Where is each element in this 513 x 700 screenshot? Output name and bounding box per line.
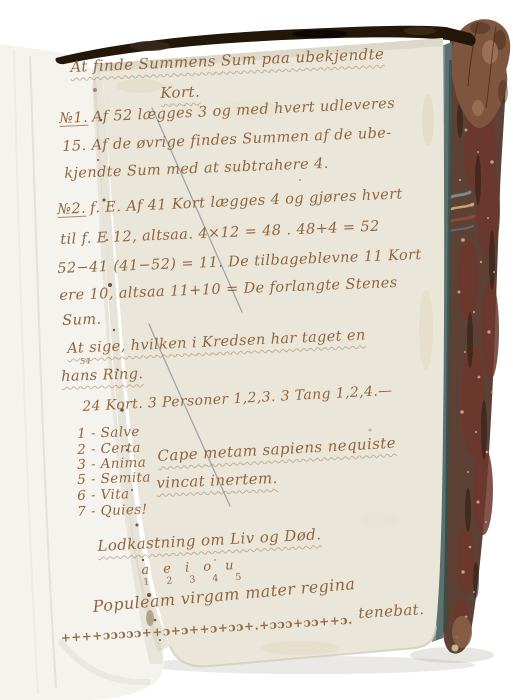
word-list-item-5: 6 - Vita [77,486,130,504]
problem2-line-5: Sum. [62,312,102,329]
interlinear-correction: 54 [80,357,91,366]
cipher-tail: tenebat. [358,600,425,622]
heading-line-1: At finde Summens Sum paa ubekjendte [70,45,385,76]
problem1-line-1-text: Af 52 lægges 3 og med hvert udleveres [92,96,396,126]
word-list-item-4: 5 - Semita [77,469,151,488]
card-note: 24 Kort. 3 Personer 1,2,3. 3 Tang 1,2,4.… [82,383,393,415]
ring-trick-line-1: At sige, hvilken i Kredsen har taget en [67,327,366,357]
problem2-line-1-text: f. E. Af 41 Kort lægges 4 og gjøres hver… [90,186,403,216]
problem2-line-1: №2.f. E. Af 41 Kort lægges 4 og gjøres h… [57,186,403,218]
problem1-number: №1. [59,110,92,127]
problem2-line-4: ere 10, altsaa 11+10 = De forlangte Sten… [59,275,398,304]
heading-line-2: Kort. [160,83,200,102]
manuscript-text: At finde Summens Sum paa ubekjendte Kort… [0,0,513,700]
problem2-line-2: til f. E 12, altsaa. 4×12 = 48 . 48+4 = … [60,219,380,248]
problem1-line-3: kjendte Sum med at subtrahere 4. [64,156,329,182]
ring-trick-line-2: hans Ring. [61,366,144,385]
problem1-line-2: 15. Af de øvrige findes Summen af de ube… [62,125,392,155]
cipher-symbols: ++++ɔɔɔɔɔ++ɔ+ɔ++ɔ+ɔɔ+.+ɔɔɔ+ɔɔ++ɔ. [60,613,353,645]
latin-motto-line-1: Cape metam sapiens nequiste [157,434,396,465]
problem1-line-1: №1.Af 52 lægges 3 og med hvert udleveres [59,96,395,127]
book-photo: At finde Summens Sum paa ubekjendte Kort… [0,0,513,700]
problem2-line-3: 52−41 (41−52) = 11. De tilbageblevne 11 … [57,247,422,277]
word-list-item-6: 7 - Quies! [77,502,148,520]
problem2-number: №2. [57,201,90,218]
latin-motto-line-2: vincat inertem. [156,469,278,492]
lot-heading: Lodkastning om Liv og Død. [97,525,322,555]
